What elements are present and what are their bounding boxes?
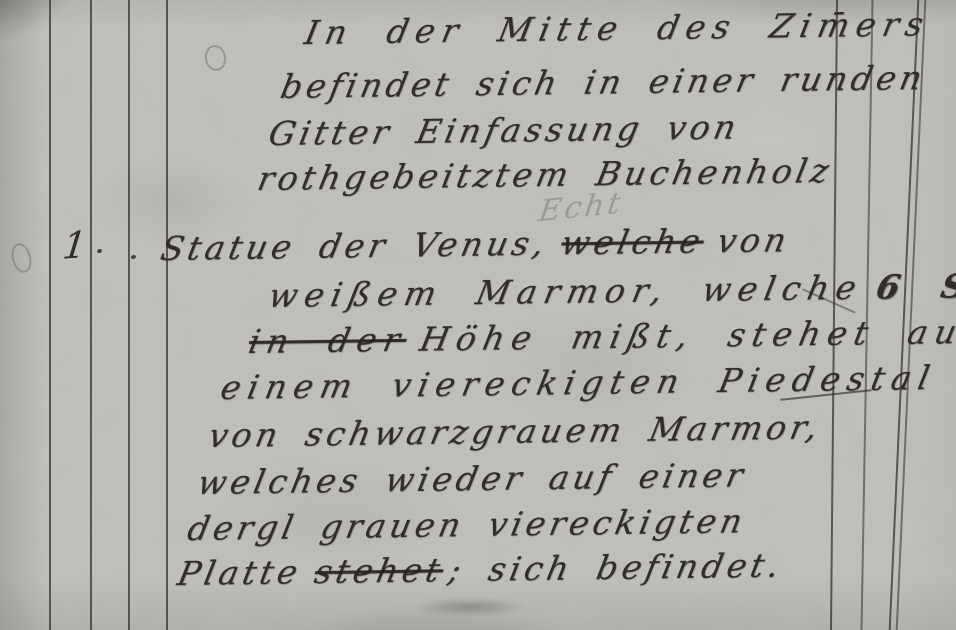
entry-line-3-strikethrough: in der — [245, 320, 410, 361]
entry-line-3-text: Höhe mißt, stehet auf — [417, 312, 956, 359]
intro-line-3: Gitter Einfassung von — [266, 110, 743, 150]
intro-line-1: In der Mitte des Zim̄ers — [302, 7, 933, 49]
manuscript-page: { "colors": { "paper": "#c5c4c0", "ink":… — [0, 0, 956, 630]
entry-line-2-text: weißem Marmor, welche — [265, 268, 866, 315]
intro-line-2: befindet sich in einer runden — [278, 61, 929, 103]
entry-line-8-text: Platte — [174, 552, 305, 593]
intro-line-4: rothgebeitztem Buchenholz — [255, 154, 836, 195]
entry-dot — [97, 248, 103, 253]
entry-line-2: weißem Marmor, welche6 Schuh — [266, 268, 956, 312]
entry-line-8-text: ; sich befindet. — [445, 546, 786, 590]
entry-line-8-strikethrough: stehet — [311, 550, 447, 591]
entry-line-6: welches wieder auf einer — [195, 458, 750, 499]
entry-line-8: Plattestehet; sich befindet. — [175, 549, 786, 590]
entry-line-7: dergl grauen viereckigten — [185, 504, 749, 545]
entry-line-1-text: Statue der Venus, — [157, 224, 551, 268]
entry-line-2-measurement: 6 Schuh — [873, 265, 956, 307]
ruled-line-left-4 — [166, 0, 168, 630]
pencil-mark-zero-top — [203, 43, 228, 72]
entry-line-1-strikethrough: welche — [558, 221, 708, 262]
pencil-mark-zero-left — [9, 241, 35, 275]
entry-line-1-text: von — [714, 220, 794, 260]
entry-line-5: von schwarzgrauem Marmor, — [206, 410, 824, 452]
ruled-line-left-3 — [128, 0, 130, 630]
ruled-line-left-2 — [90, 0, 92, 630]
entry-line-3: in derHöhe mißt, stehet auf — [246, 315, 956, 358]
entry-number: 1 — [61, 223, 89, 268]
entry-line-1: Statue der Venus,welchevon — [158, 223, 793, 265]
entry-dot — [131, 254, 137, 259]
ruled-line-left-1 — [49, 0, 51, 630]
entry-line-4: einem viereckigten Piedestal — [218, 361, 939, 404]
ink-smudge — [415, 598, 525, 616]
